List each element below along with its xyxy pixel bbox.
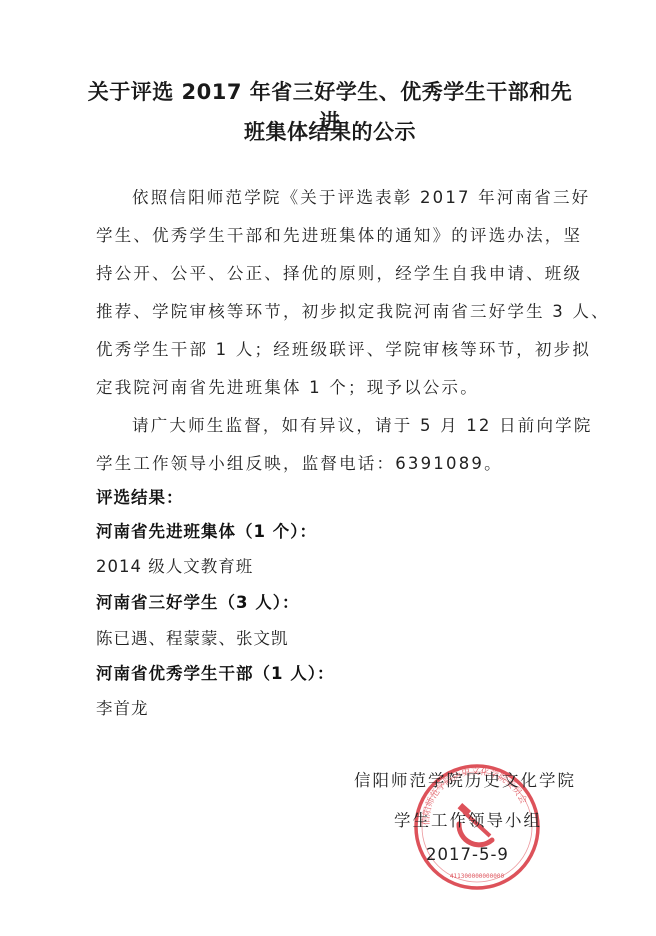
section-heading-merit-students: 河南省三好学生（3 人）： bbox=[96, 589, 299, 613]
section-content-merit-students: 陈已遇、程蒙蒙、张文凯 bbox=[96, 625, 289, 649]
body-paragraph-1-line-3: 持公开、公平、公正、择优的原则，经学生自我申请、班级 bbox=[96, 260, 582, 284]
signature-organization: 信阳师范学院历史文化学院 bbox=[354, 767, 576, 791]
body-paragraph-1-line-4: 推荐、学院审核等环节，初步拟定我院河南省三好学生 3 人、 bbox=[96, 298, 610, 322]
section-content-advanced-class: 2014 级人文教育班 bbox=[96, 553, 253, 577]
signature-group: 学生工作领导小组 bbox=[394, 807, 542, 831]
body-paragraph-2-line-1: 请广大师生监督，如有异议，请于 5 月 12 日前向学院 bbox=[132, 412, 593, 436]
section-heading-student-cadre: 河南省优秀学生干部（1 人）： bbox=[96, 660, 334, 684]
body-paragraph-1-line-2: 学生、优秀学生干部和先进班集体的通知》的评选办法，坚 bbox=[96, 222, 582, 246]
document-title-line-2: 班集体结果的公示 bbox=[80, 116, 580, 146]
body-paragraph-2-line-2: 学生工作领导小组反映，监督电话：6391089。 bbox=[96, 450, 503, 474]
document-page: 关于评选 2017 年省三好学生、优秀学生干部和先进 班集体结果的公示 依照信阳… bbox=[0, 0, 656, 936]
results-heading: 评选结果： bbox=[96, 484, 184, 508]
signature-date: 2017-5-9 bbox=[426, 845, 509, 864]
body-paragraph-1-line-5: 优秀学生干部 1 人；经班级联评、学院审核等环节，初步拟 bbox=[96, 336, 591, 360]
body-paragraph-1-line-6: 定我院河南省先进班集体 1 个；现予以公示。 bbox=[96, 374, 479, 398]
section-heading-advanced-class: 河南省先进班集体（1 个）： bbox=[96, 518, 317, 542]
section-content-student-cadre: 李首龙 bbox=[96, 695, 149, 719]
svg-text:411300000000000: 411300000000000 bbox=[450, 873, 505, 880]
body-paragraph-1-line-1: 依照信阳师范学院《关于评选表彰 2017 年河南省三好 bbox=[132, 184, 590, 208]
